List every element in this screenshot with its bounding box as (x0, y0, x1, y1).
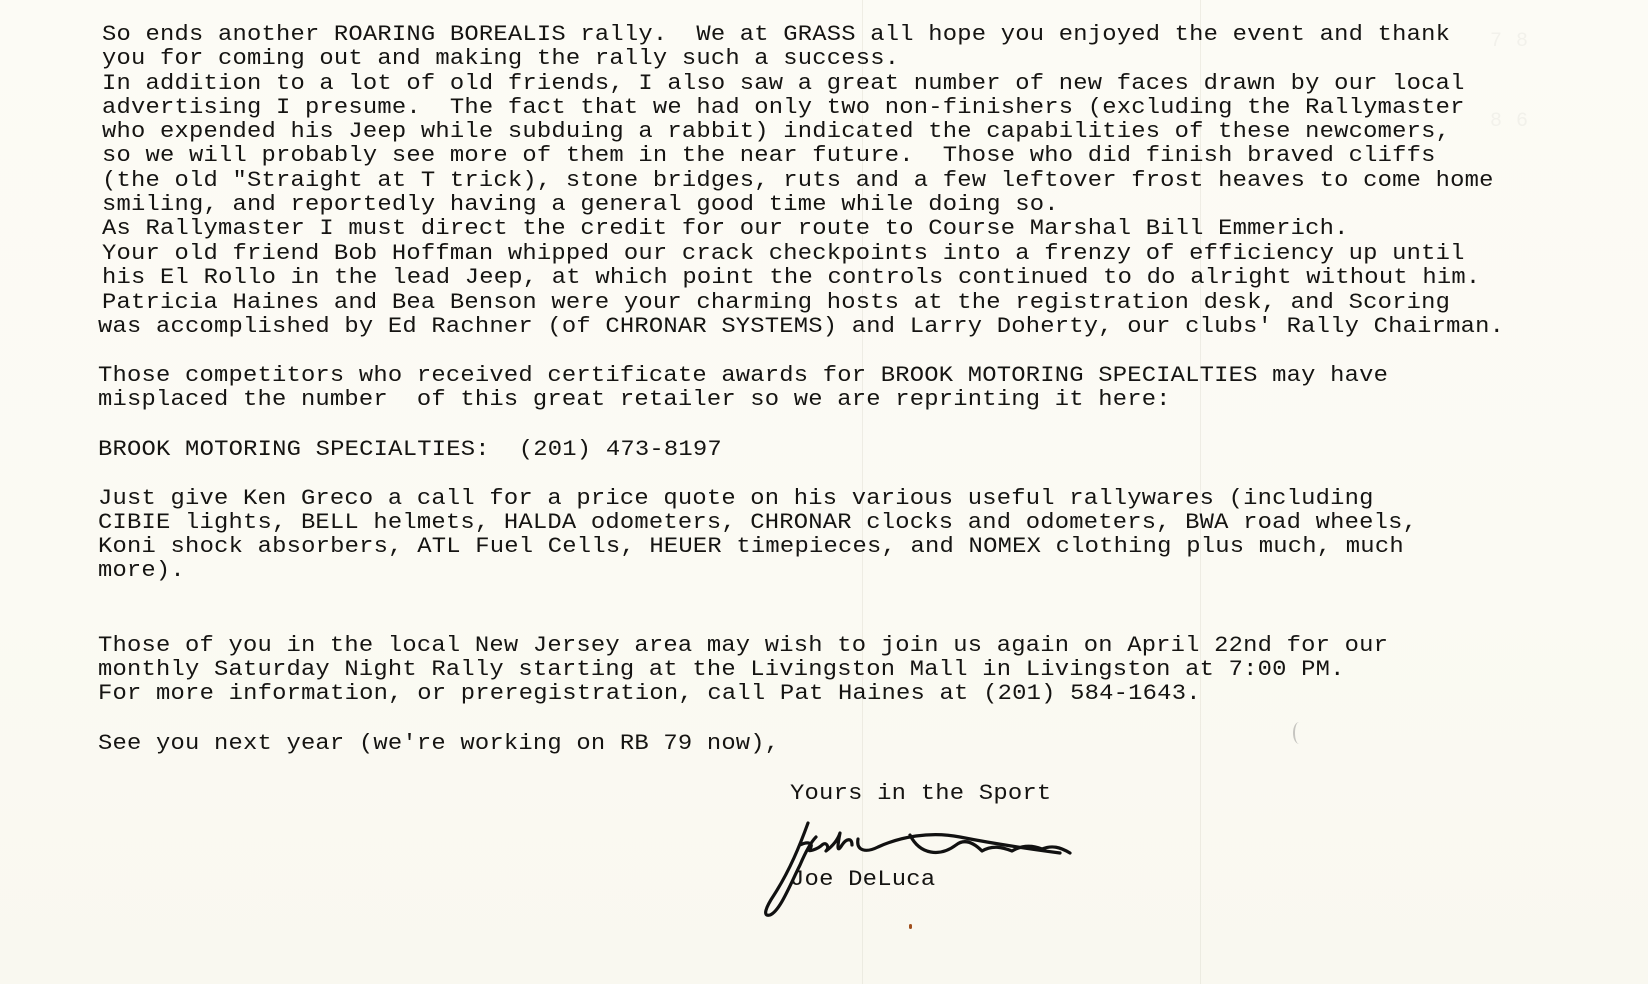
bleed-through-text: 86 (1490, 110, 1542, 133)
body-line: you for coming out and making the rally … (102, 46, 899, 70)
body-line: was accomplished by Ed Rachner (of CHRON… (98, 314, 1504, 338)
bleed-through-text: 78 (1490, 30, 1542, 53)
body-line: more). (98, 558, 185, 582)
paper-mark (909, 924, 912, 929)
body-line: his El Rollo in the lead Jeep, at which … (102, 265, 1480, 289)
body-line: monthly Saturday Night Rally starting at… (98, 657, 1345, 681)
body-line: advertising I presume. The fact that we … (102, 95, 1465, 119)
signer-name: Joe DeLuca (790, 867, 935, 891)
closing-line: Yours in the Sport (790, 781, 1051, 805)
body-line: who expended his Jeep while subduing a r… (102, 119, 1450, 143)
body-line: Those of you in the local New Jersey are… (98, 633, 1388, 657)
body-line: For more information, or preregistration… (98, 681, 1201, 705)
body-line: smiling, and reportedly having a general… (102, 192, 1059, 216)
body-line: Just give Ken Greco a call for a price q… (98, 486, 1374, 510)
body-line: As Rallymaster I must direct the credit … (102, 216, 1349, 240)
body-line: misplaced the number of this great retai… (98, 387, 1171, 411)
body-line: See you next year (we're working on RB 7… (98, 731, 779, 755)
body-line: Your old friend Bob Hoffman whipped our … (102, 241, 1465, 265)
retailer-phone-listing: BROOK MOTORING SPECIALTIES: (201) 473-81… (98, 437, 722, 461)
body-line: CIBIE lights, BELL helmets, HALDA odomet… (98, 510, 1417, 534)
body-line: Koni shock absorbers, ATL Fuel Cells, HE… (98, 534, 1404, 558)
scanned-letter-page: 78 86 So ends another ROARING BOREALIS r… (0, 0, 1648, 984)
paper-mark (1293, 722, 1305, 744)
body-line: Those competitors who received certifica… (98, 363, 1388, 387)
body-line: Patricia Haines and Bea Benson were your… (102, 290, 1450, 314)
body-line: In addition to a lot of old friends, I a… (102, 71, 1465, 95)
body-line: So ends another ROARING BOREALIS rally. … (102, 22, 1450, 46)
body-line: (the old "Straight at T trick), stone br… (102, 168, 1494, 192)
body-line: so we will probably see more of them in … (102, 143, 1436, 167)
